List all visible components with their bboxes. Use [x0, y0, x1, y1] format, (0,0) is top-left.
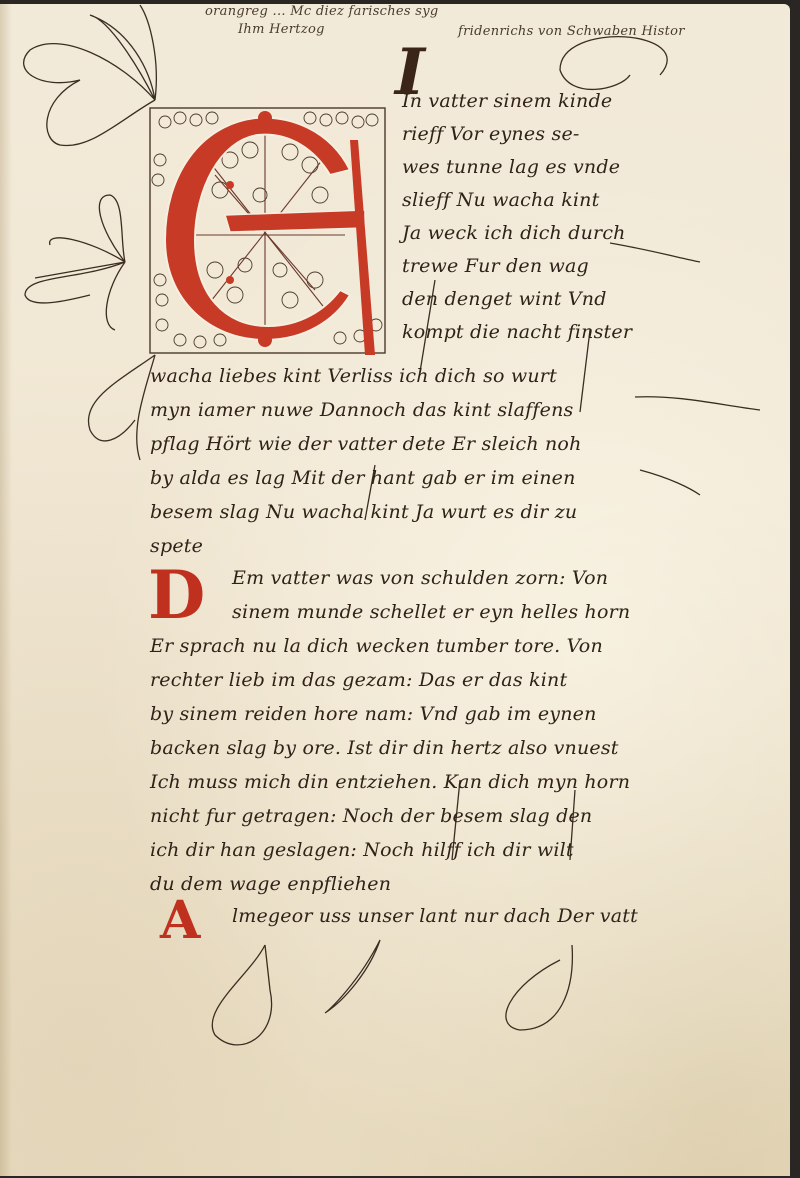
text-line-23: ich dir han geslagen: Noch hilff ich dir…	[150, 839, 574, 861]
initial-d: D	[148, 556, 205, 634]
text-line-24: du dem wage enpfliehen	[150, 873, 391, 895]
text-line-21: Ich muss mich din entziehen. Kan dich my…	[150, 771, 630, 793]
marginalia-top-2-right: fridenrichs von Schwaben Histor	[458, 24, 685, 39]
text-line-19: by sinem reiden hore nam: Vnd gab im eyn…	[150, 703, 597, 725]
manuscript-page	[0, 4, 790, 1176]
text-line-15: Em vatter was von schulden zorn: Von	[232, 567, 608, 589]
initial-a: A	[160, 890, 200, 951]
text-line-17: Er sprach nu la dich wecken tumber tore.…	[150, 635, 603, 657]
text-line-4: slieff Nu wacha kint	[402, 189, 599, 211]
text-line-6: trewe Fur den wag	[402, 255, 589, 277]
text-line-20: backen slag by ore. Ist dir din hertz al…	[150, 737, 619, 759]
text-line-1: In vatter sinem kinde	[402, 90, 612, 112]
text-line-8: kompt die nacht finster	[402, 321, 632, 343]
text-line-2: rieff Vor eynes se-	[402, 123, 580, 145]
text-line-18: rechter lieb im das gezam: Das er das ki…	[150, 669, 567, 691]
text-line-16: sinem munde schellet er eyn helles horn	[232, 601, 630, 623]
text-line-7: den denget wint Vnd	[402, 288, 607, 310]
marginalia-top-1: orangreg ... Mc diez farisches syg	[205, 4, 439, 19]
text-line-11: pflag Hört wie der vatter dete Er sleich…	[150, 433, 582, 455]
text-line-5: Ja weck ich dich durch	[402, 222, 626, 244]
marginalia-top-2-left: Ihm Hertzog	[238, 22, 325, 37]
decorated-initial-e	[140, 100, 395, 360]
text-line-9: wacha liebes kint Verliss ich dich so wu…	[150, 365, 557, 387]
text-line-14: spete	[150, 535, 203, 557]
text-line-3: wes tunne lag es vnde	[402, 156, 620, 178]
text-line-22: nicht fur getragen: Noch der besem slag …	[150, 805, 592, 827]
text-line-10: myn iamer nuwe Dannoch das kint slaffens	[150, 399, 573, 421]
text-line-25: lmegeor uss unser lant nur dach Der vatt	[232, 905, 638, 927]
text-line-12: by alda es lag Mit der hant gab er im ei…	[150, 467, 576, 489]
text-line-13: besem slag Nu wacha kint Ja wurt es dir …	[150, 501, 577, 523]
page-edge-shadow	[0, 4, 12, 1176]
